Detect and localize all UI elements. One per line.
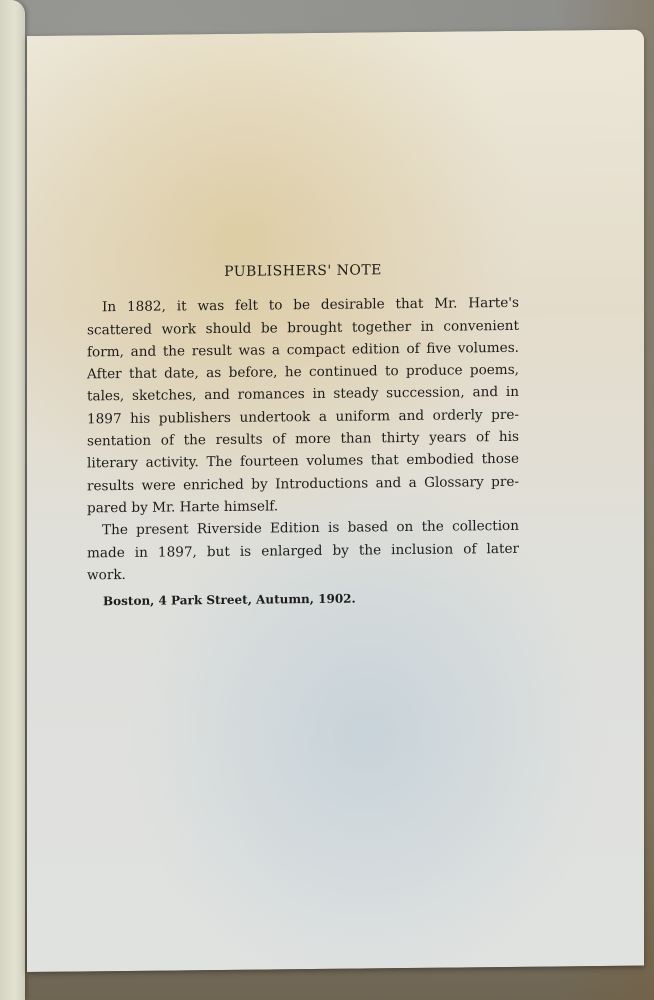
book-page: PUBLISHERS' NOTE In 1882, it was felt to… [27,30,644,972]
text-line: results were enriched by Introductions a… [87,471,519,498]
paragraph-1: In 1882, it was felt to be desirable tha… [87,292,519,519]
page-title: PUBLISHERS' NOTE [87,258,519,285]
text-line: made in 1897, but is enlarged by the inc… [87,537,519,564]
signature-dateline: Boston, 4 Park Street, Autumn, 1902. [87,586,519,613]
left-page-edge [0,0,25,1000]
page-text-block: PUBLISHERS' NOTE In 1882, it was felt to… [87,258,519,613]
text-line: work. [87,560,519,587]
paragraph-2: The present Riverside Edition is based o… [87,515,519,586]
